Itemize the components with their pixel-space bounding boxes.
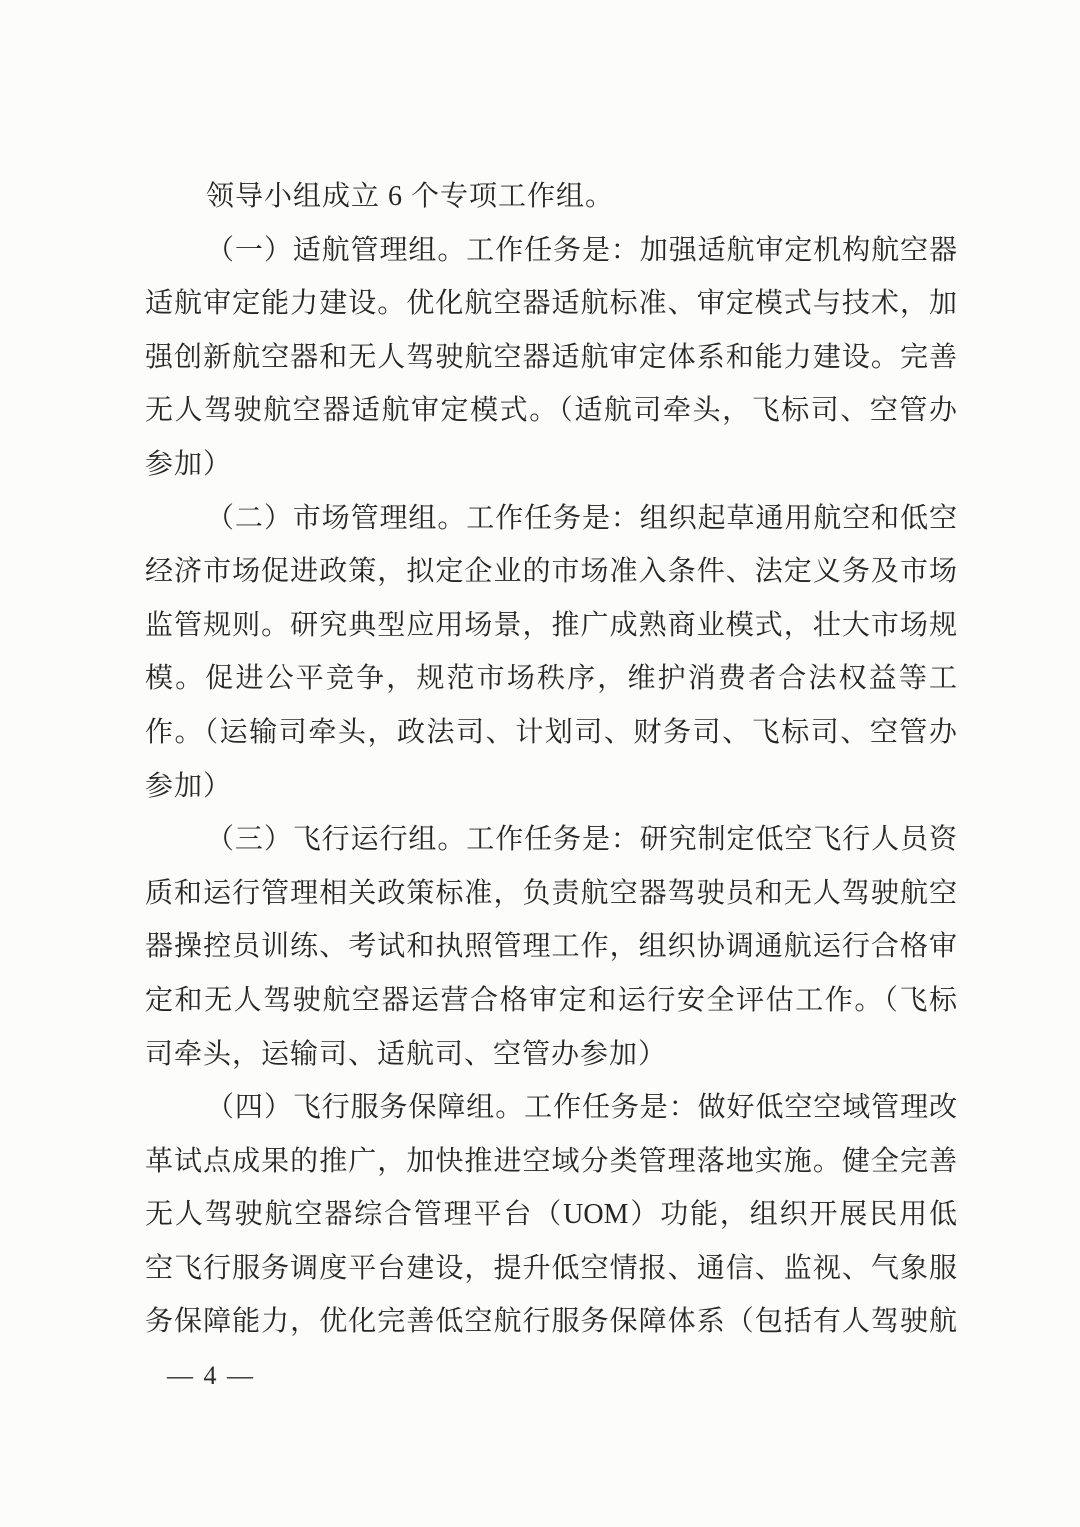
text-line: （三）飞行运行组。工作任务是：研究制定低空飞行人员资 (145, 813, 957, 867)
page-number: — 4 — (167, 1349, 255, 1402)
text-line: 质和运行管理相关政策标准，负责航空器驾驶员和无人驾驶航空 (145, 867, 957, 921)
text-line: 司牵头，运输司、适航司、空管办参加） (145, 1028, 957, 1082)
text-line: 无人驾驶航空器适航审定模式。（适航司牵头，飞标司、空管办 (145, 384, 957, 438)
text-line: 器操控员训练、考试和执照管理工作，组织协调通航运行合格审 (145, 920, 957, 974)
text-line: （一）适航管理组。工作任务是：加强适航审定机构航空器 (145, 224, 957, 278)
text-line: 领导小组成立 6 个专项工作组。 (145, 170, 957, 224)
text-line: 模。促进公平竞争，规范市场秩序，维护消费者合法权益等工 (145, 652, 957, 706)
text-line: 经济市场促进政策，拟定企业的市场准入条件、法定义务及市场 (145, 545, 957, 599)
text-line: 无人驾驶航空器综合管理平台（UOM）功能，组织开展民用低 (145, 1188, 957, 1242)
text-line: 参加） (145, 438, 957, 492)
text-line: 强创新航空器和无人驾驶航空器适航审定体系和能力建设。完善 (145, 331, 957, 385)
body-text: 领导小组成立 6 个专项工作组。 （一）适航管理组。工作任务是：加强适航审定机构… (145, 170, 957, 1349)
text-line: 作。（运输司牵头，政法司、计划司、财务司、飞标司、空管办 (145, 706, 957, 760)
text-line: 定和无人驾驶航空器运营合格审定和运行安全评估工作。（飞标 (145, 974, 957, 1028)
text-line: 参加） (145, 760, 957, 814)
text-line: 空飞行服务调度平台建设，提升低空情报、通信、监视、气象服 (145, 1242, 957, 1296)
document-page: 领导小组成立 6 个专项工作组。 （一）适航管理组。工作任务是：加强适航审定机构… (0, 0, 1080, 1527)
text-line: 适航审定能力建设。优化航空器适航标准、审定模式与技术，加 (145, 277, 957, 331)
text-line: （四）飞行服务保障组。工作任务是：做好低空空域管理改 (145, 1081, 957, 1135)
text-line: 监管规则。研究典型应用场景，推广成熟商业模式，壮大市场规 (145, 599, 957, 653)
text-line: 务保障能力，优化完善低空航行服务保障体系（包括有人驾驶航 (145, 1295, 957, 1349)
text-line: 革试点成果的推广，加快推进空域分类管理落地实施。健全完善 (145, 1135, 957, 1189)
text-line: （二）市场管理组。工作任务是：组织起草通用航空和低空 (145, 492, 957, 546)
